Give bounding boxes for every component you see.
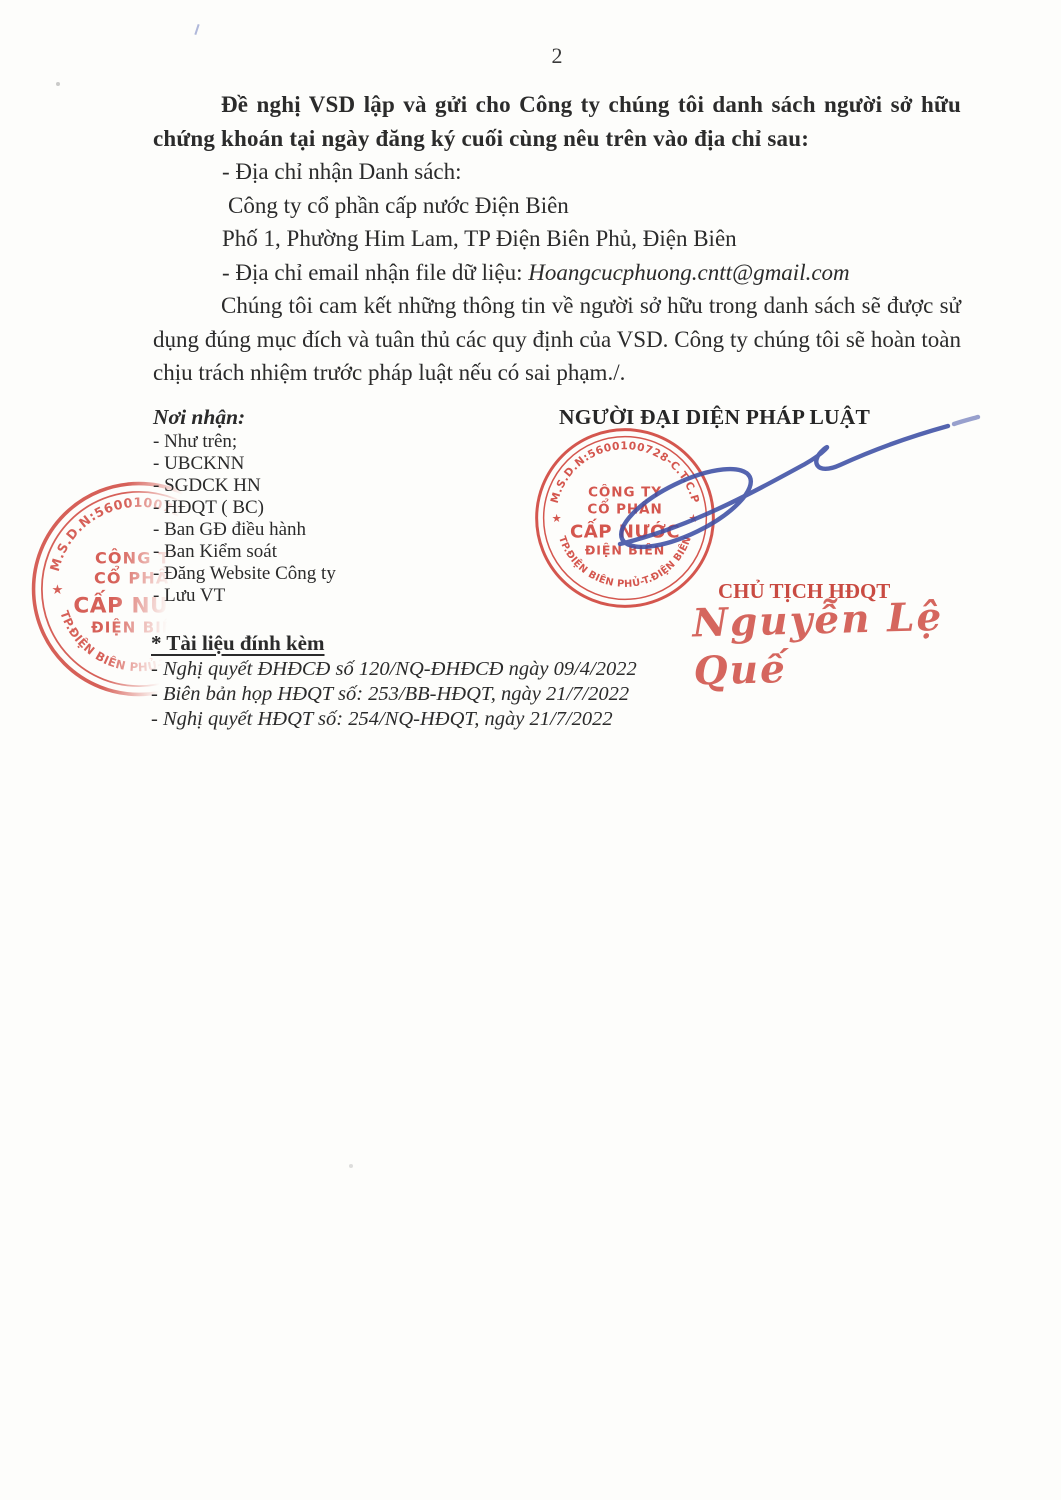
list-item: - Ban GĐ điều hành — [153, 519, 483, 541]
recipients-title: Nơi nhận: — [153, 404, 483, 431]
list-item: - Như trên; — [153, 431, 483, 453]
signature-tail — [954, 417, 978, 424]
list-item: - Nghị quyết ĐHĐCĐ số 120/NQ-ĐHĐCĐ ngày … — [151, 657, 711, 682]
email-address: Hoangcucphuong.cntt@gmail.com — [528, 260, 849, 285]
signature-ink — [560, 409, 990, 574]
page-number: 2 — [153, 44, 961, 68]
list-item: - Đăng Website Công ty — [153, 563, 483, 585]
attachments-block: * Tài liệu đính kèm - Nghị quyết ĐHĐCĐ s… — [151, 630, 711, 732]
request-paragraph: Đề nghị VSD lập và gửi cho Công ty chúng… — [153, 88, 961, 155]
signature-loop — [611, 453, 761, 562]
recipients-block: Nơi nhận: - Như trên; - UBCKNN - SGDCK H… — [153, 404, 483, 607]
email-line: - Địa chỉ email nhận file dữ liệu: Hoang… — [153, 256, 961, 290]
list-item: - Lưu VT — [153, 585, 483, 607]
street-address-line: Phố 1, Phường Him Lam, TP Điện Biên Phủ,… — [153, 222, 961, 256]
scan-artifact-dot — [349, 1164, 353, 1168]
list-item: - UBCKNN — [153, 453, 483, 475]
letter-content: 2 Đề nghị VSD lập và gửi cho Công ty chú… — [0, 0, 1061, 756]
document-page: M.S.D.N:5600100728-C.T.C.P TP.ĐIỆN BIÊN … — [0, 0, 1061, 1500]
list-item: - Nghị quyết HĐQT số: 254/NQ-HĐQT, ngày … — [151, 707, 711, 732]
signature-footer: Nơi nhận: - Như trên; - UBCKNN - SGDCK H… — [153, 404, 961, 756]
commitment-paragraph: Chúng tôi cam kết những thông tin về ngư… — [153, 289, 961, 390]
list-item: - SGDCK HN — [153, 475, 483, 497]
chairman-name-stamp: Nguyễn Lệ Quế — [692, 592, 962, 695]
address-block: - Địa chỉ nhận Danh sách: Công ty cổ phầ… — [153, 155, 961, 289]
list-item: - Biên bản họp HĐQT số: 253/BB-HĐQT, ngà… — [151, 682, 711, 707]
list-item: - HĐQT ( BC) — [153, 497, 483, 519]
address-label: - Địa chỉ nhận Danh sách: — [153, 155, 961, 189]
attachments-title: * Tài liệu đính kèm — [151, 630, 711, 657]
email-label: - Địa chỉ email nhận file dữ liệu: — [222, 260, 528, 285]
company-name-line: Công ty cổ phần cấp nước Điện Biên — [153, 189, 961, 223]
list-item: - Ban Kiểm soát — [153, 541, 483, 563]
